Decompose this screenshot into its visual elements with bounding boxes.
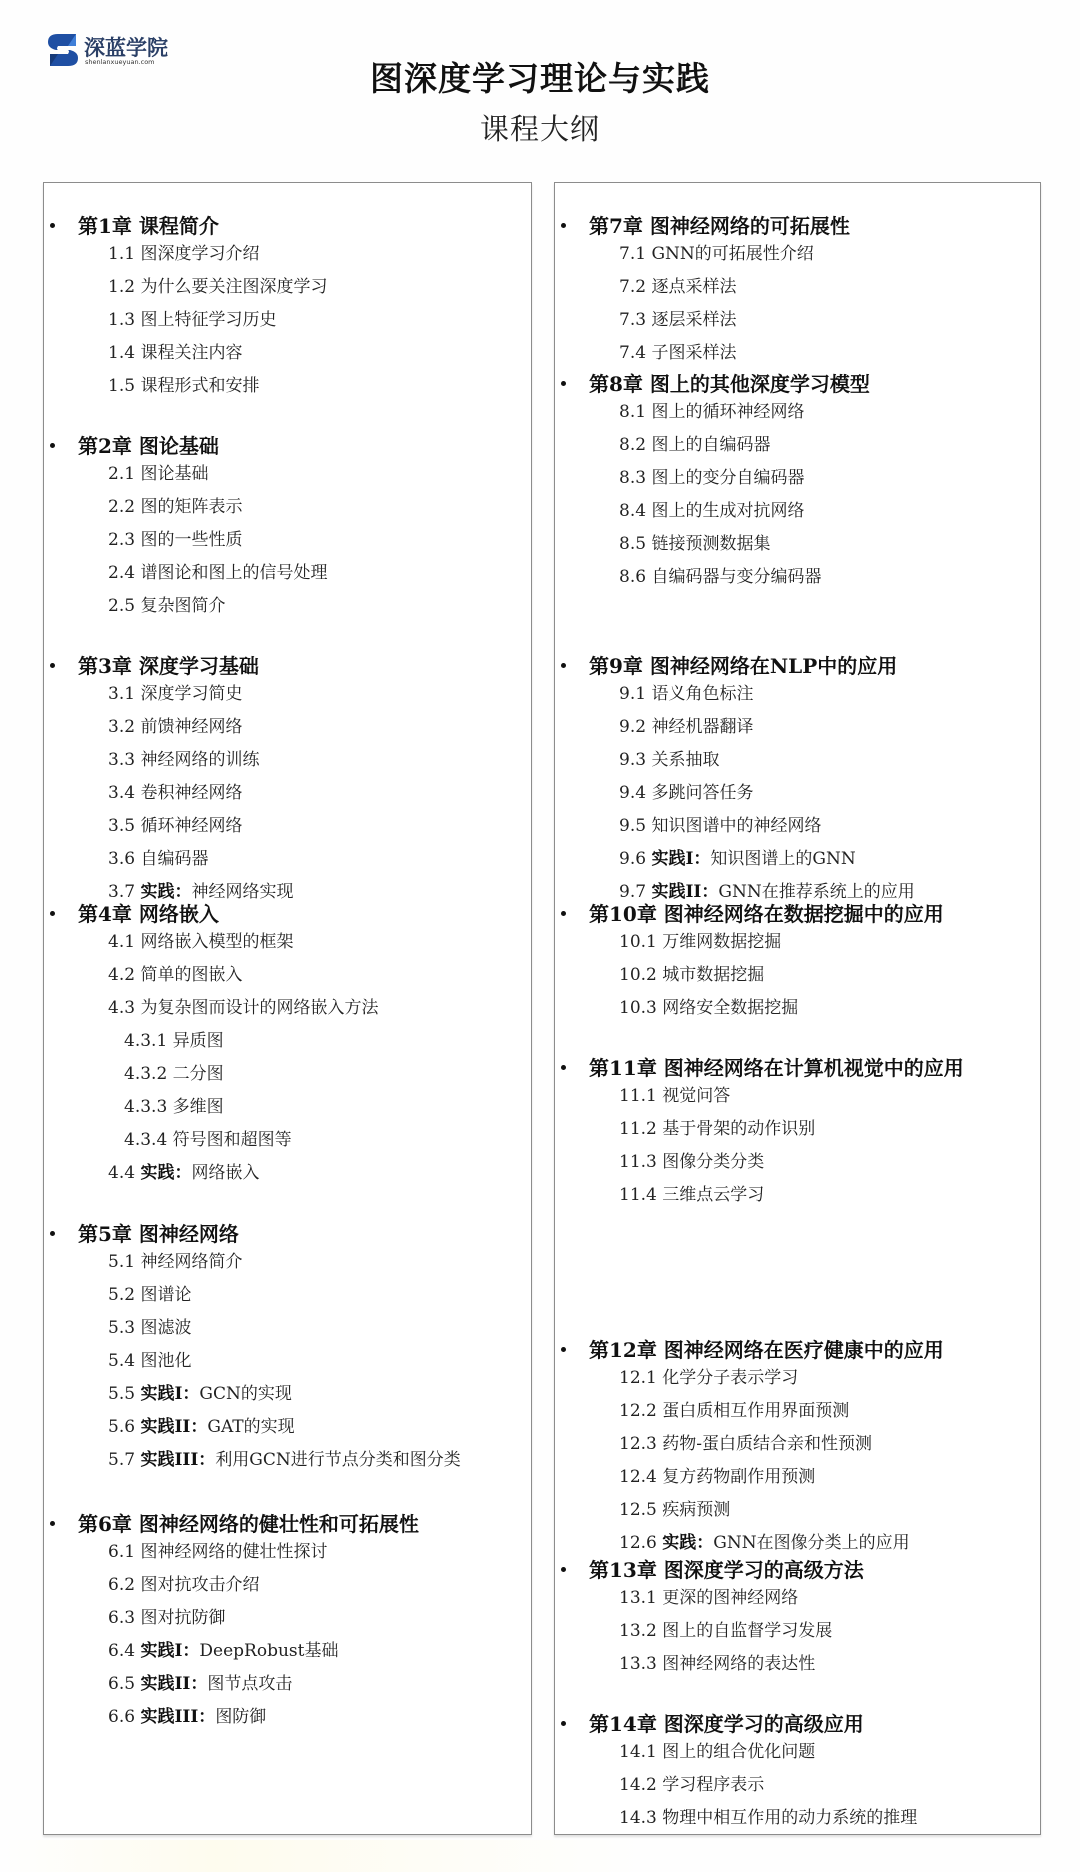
section-item: 1.1 图深度学习介绍 <box>108 242 259 266</box>
section-title: 网络安全数据挖掘 <box>662 998 798 1018</box>
section-item: 12.1 化学分子表示学习 <box>619 1366 798 1390</box>
section-title: 图论基础 <box>140 464 208 484</box>
chapter: 第4章 网络嵌入4.1 网络嵌入模型的框架4.2 简单的图嵌入4.3 为复杂图而… <box>44 899 531 929</box>
chapter-heading: 第11章 图神经网络在计算机视觉中的应用 <box>555 1053 1040 1083</box>
chapter-title: 第5章 图神经网络 <box>78 1219 239 1249</box>
section-number: 3.2 <box>108 717 135 737</box>
section-item: 9.6 实践I：知识图谱上的GNN <box>619 847 856 871</box>
section-number: 3.4 <box>108 783 135 803</box>
section-number: 8.6 <box>619 567 646 587</box>
bullet-icon <box>561 1567 566 1572</box>
section-number: 2.2 <box>108 497 135 517</box>
chapter-heading: 第13章 图深度学习的高级方法 <box>555 1555 1040 1585</box>
chapter-heading: 第7章 图神经网络的可拓展性 <box>555 211 1040 241</box>
chapter: 第6章 图神经网络的健壮性和可拓展性6.1 图神经网络的健壮性探讨6.2 图对抗… <box>44 1509 531 1539</box>
practice-label: 实践II： <box>140 1674 207 1694</box>
chapter-heading: 第10章 图神经网络在数据挖掘中的应用 <box>555 899 1040 929</box>
section-number: 2.5 <box>108 596 135 616</box>
section-number: 6.2 <box>108 1575 135 1595</box>
subsection-item: 4.3.1 异质图 <box>124 1029 224 1053</box>
section-number: 9.1 <box>619 684 646 704</box>
section-number: 4.4 <box>108 1163 135 1183</box>
section-number: 4.1 <box>108 932 135 952</box>
section-title: 图上的组合优化问题 <box>662 1742 815 1762</box>
section-item: 3.2 前馈神经网络 <box>108 715 242 739</box>
section-number: 12.2 <box>619 1401 657 1421</box>
section-title: 图池化 <box>140 1351 191 1371</box>
subsection-item: 4.3.4 符号图和超图等 <box>124 1128 292 1152</box>
section-item: 1.5 课程形式和安排 <box>108 374 259 398</box>
section-item: 7.1 GNN的可拓展性介绍 <box>619 242 814 266</box>
section-number: 8.1 <box>619 402 646 422</box>
section-title: 三维点云学习 <box>662 1185 764 1205</box>
section-item: 11.4 三维点云学习 <box>619 1183 764 1207</box>
section-number: 4.3.1 <box>124 1031 167 1051</box>
section-item: 12.6 实践：GNN在图像分类上的应用 <box>619 1531 910 1555</box>
section-item: 10.3 网络安全数据挖掘 <box>619 996 798 1020</box>
section-item: 3.3 神经网络的训练 <box>108 748 259 772</box>
section-number: 14.2 <box>619 1775 657 1795</box>
section-item: 3.5 循环神经网络 <box>108 814 242 838</box>
section-title: 逐点采样法 <box>651 277 736 297</box>
section-number: 6.6 <box>108 1707 135 1727</box>
section-title: 图的矩阵表示 <box>140 497 242 517</box>
chapter-title: 第2章 图论基础 <box>78 431 219 461</box>
section-number: 13.1 <box>619 1588 657 1608</box>
chapter-title: 第9章 图神经网络在NLP中的应用 <box>589 651 897 681</box>
section-title: 物理中相互作用的动力系统的推理 <box>662 1808 917 1828</box>
section-item: 9.4 多跳问答任务 <box>619 781 753 805</box>
section-number: 2.1 <box>108 464 135 484</box>
section-number: 12.6 <box>619 1533 657 1553</box>
section-title: 复方药物副作用预测 <box>662 1467 815 1487</box>
bullet-icon <box>561 1065 566 1070</box>
bullet-icon <box>50 1231 55 1236</box>
section-title: 图滤波 <box>140 1318 191 1338</box>
section-item: 2.5 复杂图简介 <box>108 594 225 618</box>
section-number: 12.1 <box>619 1368 657 1388</box>
section-number: 2.3 <box>108 530 135 550</box>
section-item: 12.2 蛋白质相互作用界面预测 <box>619 1399 849 1423</box>
section-number: 6.1 <box>108 1542 135 1562</box>
section-item: 3.1 深度学习简史 <box>108 682 242 706</box>
section-item: 6.1 图神经网络的健壮性探讨 <box>108 1540 327 1564</box>
section-title: DeepRobust基础 <box>199 1641 338 1661</box>
section-item: 14.3 物理中相互作用的动力系统的推理 <box>619 1806 917 1830</box>
section-title: 基于骨架的动作识别 <box>662 1119 815 1139</box>
section-item: 6.5 实践II：图节点攻击 <box>108 1672 292 1696</box>
section-title: 自编码器 <box>140 849 208 869</box>
section-title: 谱图论和图上的信号处理 <box>140 563 327 583</box>
section-title: 符号图和超图等 <box>173 1130 292 1150</box>
section-number: 12.3 <box>619 1434 657 1454</box>
section-number: 6.5 <box>108 1674 135 1694</box>
chapter-heading: 第2章 图论基础 <box>44 431 531 461</box>
section-item: 6.6 实践III：图防御 <box>108 1705 266 1729</box>
section-title: 学习程序表示 <box>662 1775 764 1795</box>
section-item: 7.4 子图采样法 <box>619 341 736 365</box>
background-tint <box>0 1840 1080 1872</box>
section-item: 11.1 视觉问答 <box>619 1084 730 1108</box>
section-number: 7.1 <box>619 244 646 264</box>
section-title: 子图采样法 <box>651 343 736 363</box>
section-item: 4.4 实践：网络嵌入 <box>108 1161 259 1185</box>
section-item: 5.2 图谱论 <box>108 1283 191 1307</box>
chapter-heading: 第12章 图神经网络在医疗健康中的应用 <box>555 1335 1040 1365</box>
chapter-heading: 第6章 图神经网络的健壮性和可拓展性 <box>44 1509 531 1539</box>
chapter-title: 第13章 图深度学习的高级方法 <box>589 1555 864 1585</box>
section-title: 图对抗攻击介绍 <box>140 1575 259 1595</box>
section-number: 10.3 <box>619 998 657 1018</box>
section-number: 13.2 <box>619 1621 657 1641</box>
section-number: 3.5 <box>108 816 135 836</box>
practice-label: 实践III： <box>140 1450 215 1470</box>
section-title: 图上的自编码器 <box>651 435 770 455</box>
section-number: 4.2 <box>108 965 135 985</box>
section-number: 10.1 <box>619 932 657 952</box>
section-item: 5.3 图滤波 <box>108 1316 191 1340</box>
section-title: 图神经网络的健壮性探讨 <box>140 1542 327 1562</box>
section-number: 2.4 <box>108 563 135 583</box>
section-number: 4.3.3 <box>124 1097 167 1117</box>
section-item: 2.1 图论基础 <box>108 462 208 486</box>
section-item: 10.2 城市数据挖掘 <box>619 963 764 987</box>
section-item: 9.3 关系抽取 <box>619 748 719 772</box>
section-item: 5.7 实践III：利用GCN进行节点分类和图分类 <box>108 1448 461 1472</box>
section-number: 1.4 <box>108 343 135 363</box>
outline-panel-left: 第1章 课程简介1.1 图深度学习介绍1.2 为什么要关注图深度学习1.3 图上… <box>43 182 532 1835</box>
section-title: 图像分类分类 <box>662 1152 764 1172</box>
chapter-title: 第11章 图神经网络在计算机视觉中的应用 <box>589 1053 964 1083</box>
chapter-heading: 第14章 图深度学习的高级应用 <box>555 1709 1040 1739</box>
section-title: 图防御 <box>215 1707 266 1727</box>
section-title: 图对抗防御 <box>140 1608 225 1628</box>
chapter-title: 第14章 图深度学习的高级应用 <box>589 1709 864 1739</box>
chapter-heading: 第9章 图神经网络在NLP中的应用 <box>555 651 1040 681</box>
chapter: 第8章 图上的其他深度学习模型8.1 图上的循环神经网络8.2 图上的自编码器8… <box>555 369 1040 399</box>
section-title: 自编码器与变分编码器 <box>651 567 821 587</box>
section-title: 网络嵌入模型的框架 <box>140 932 293 952</box>
section-number: 10.2 <box>619 965 657 985</box>
chapter-heading: 第8章 图上的其他深度学习模型 <box>555 369 1040 399</box>
section-number: 5.3 <box>108 1318 135 1338</box>
chapter: 第11章 图神经网络在计算机视觉中的应用11.1 视觉问答11.2 基于骨架的动… <box>555 1053 1040 1083</box>
chapter-heading: 第5章 图神经网络 <box>44 1219 531 1249</box>
bullet-icon <box>50 663 55 668</box>
chapter: 第14章 图深度学习的高级应用14.1 图上的组合优化问题14.2 学习程序表示… <box>555 1709 1040 1739</box>
section-item: 14.1 图上的组合优化问题 <box>619 1740 815 1764</box>
section-item: 8.4 图上的生成对抗网络 <box>619 499 804 523</box>
section-title: 图节点攻击 <box>207 1674 292 1694</box>
section-title: 链接预测数据集 <box>651 534 770 554</box>
section-number: 5.2 <box>108 1285 135 1305</box>
section-item: 4.1 网络嵌入模型的框架 <box>108 930 293 954</box>
section-title: 图的一些性质 <box>140 530 242 550</box>
chapter: 第10章 图神经网络在数据挖掘中的应用10.1 万维网数据挖掘10.2 城市数据… <box>555 899 1040 929</box>
section-item: 2.2 图的矩阵表示 <box>108 495 242 519</box>
section-number: 9.5 <box>619 816 646 836</box>
section-item: 5.1 神经网络简介 <box>108 1250 242 1274</box>
section-title: 图上的生成对抗网络 <box>651 501 804 521</box>
practice-label: 实践III： <box>140 1707 215 1727</box>
section-item: 8.3 图上的变分自编码器 <box>619 466 804 490</box>
bullet-icon <box>50 1521 55 1526</box>
chapter: 第13章 图深度学习的高级方法13.1 更深的图神经网络13.2 图上的自监督学… <box>555 1555 1040 1585</box>
section-title: GNN在图像分类上的应用 <box>713 1533 909 1553</box>
section-title: 课程形式和安排 <box>140 376 259 396</box>
section-item: 1.4 课程关注内容 <box>108 341 242 365</box>
bullet-icon <box>50 911 55 916</box>
section-title: 图上的自监督学习发展 <box>662 1621 832 1641</box>
bullet-icon <box>50 443 55 448</box>
section-item: 10.1 万维网数据挖掘 <box>619 930 781 954</box>
section-number: 14.3 <box>619 1808 657 1828</box>
section-number: 7.3 <box>619 310 646 330</box>
chapter-title: 第1章 课程简介 <box>78 211 219 241</box>
page-title: 图深度学习理论与实践 <box>0 53 1080 100</box>
section-item: 12.5 疾病预测 <box>619 1498 730 1522</box>
section-item: 11.3 图像分类分类 <box>619 1150 764 1174</box>
section-number: 8.3 <box>619 468 646 488</box>
bullet-icon <box>561 1347 566 1352</box>
practice-label: 实践： <box>662 1533 713 1553</box>
section-title: GCN的实现 <box>199 1384 291 1404</box>
section-number: 3.6 <box>108 849 135 869</box>
section-item: 6.2 图对抗攻击介绍 <box>108 1573 259 1597</box>
practice-label: 实践I： <box>140 1641 199 1661</box>
chapter-heading: 第4章 网络嵌入 <box>44 899 531 929</box>
section-title: 更深的图神经网络 <box>662 1588 798 1608</box>
section-item: 8.1 图上的循环神经网络 <box>619 400 804 424</box>
section-title: 循环神经网络 <box>140 816 242 836</box>
section-item: 2.4 谱图论和图上的信号处理 <box>108 561 327 585</box>
chapter-title: 第4章 网络嵌入 <box>78 899 219 929</box>
bullet-icon <box>561 1721 566 1726</box>
section-number: 11.1 <box>619 1086 657 1106</box>
bullet-icon <box>561 911 566 916</box>
section-item: 3.4 卷积神经网络 <box>108 781 242 805</box>
section-title: 图上的循环神经网络 <box>651 402 804 422</box>
section-item: 7.3 逐层采样法 <box>619 308 736 332</box>
section-title: 知识图谱中的神经网络 <box>651 816 821 836</box>
section-title: 逐层采样法 <box>651 310 736 330</box>
section-number: 11.2 <box>619 1119 657 1139</box>
section-title: 二分图 <box>173 1064 224 1084</box>
section-title: 万维网数据挖掘 <box>662 932 781 952</box>
section-title: 多维图 <box>173 1097 224 1117</box>
section-number: 4.3.2 <box>124 1064 167 1084</box>
section-number: 5.6 <box>108 1417 135 1437</box>
chapter: 第12章 图神经网络在医疗健康中的应用12.1 化学分子表示学习12.2 蛋白质… <box>555 1335 1040 1365</box>
section-item: 13.3 图神经网络的表达性 <box>619 1652 815 1676</box>
section-item: 4.2 简单的图嵌入 <box>108 963 242 987</box>
section-number: 9.3 <box>619 750 646 770</box>
section-title: 异质图 <box>173 1031 224 1051</box>
section-item: 1.2 为什么要关注图深度学习 <box>108 275 327 299</box>
chapter: 第5章 图神经网络5.1 神经网络简介5.2 图谱论5.3 图滤波5.4 图池化… <box>44 1219 531 1249</box>
chapter: 第7章 图神经网络的可拓展性7.1 GNN的可拓展性介绍7.2 逐点采样法7.3… <box>555 211 1040 241</box>
section-number: 8.2 <box>619 435 646 455</box>
section-item: 13.1 更深的图神经网络 <box>619 1586 798 1610</box>
chapter-heading: 第1章 课程简介 <box>44 211 531 241</box>
section-number: 9.4 <box>619 783 646 803</box>
section-item: 8.2 图上的自编码器 <box>619 433 770 457</box>
chapter-heading: 第3章 深度学习基础 <box>44 651 531 681</box>
section-title: 前馈神经网络 <box>140 717 242 737</box>
section-number: 3.3 <box>108 750 135 770</box>
section-item: 4.3 为复杂图而设计的网络嵌入方法 <box>108 996 378 1020</box>
section-title: 为什么要关注图深度学习 <box>140 277 327 297</box>
section-item: 7.2 逐点采样法 <box>619 275 736 299</box>
section-title: GNN的可拓展性介绍 <box>651 244 813 264</box>
section-number: 8.4 <box>619 501 646 521</box>
practice-label: 实践： <box>140 1163 191 1183</box>
section-number: 5.7 <box>108 1450 135 1470</box>
bullet-icon <box>561 223 566 228</box>
section-title: 多跳问答任务 <box>651 783 753 803</box>
chapter-title: 第10章 图神经网络在数据挖掘中的应用 <box>589 899 944 929</box>
section-number: 1.2 <box>108 277 135 297</box>
section-number: 9.2 <box>619 717 646 737</box>
section-number: 5.4 <box>108 1351 135 1371</box>
section-number: 5.5 <box>108 1384 135 1404</box>
section-item: 9.2 神经机器翻译 <box>619 715 753 739</box>
section-number: 6.4 <box>108 1641 135 1661</box>
section-title: 图上的变分自编码器 <box>651 468 804 488</box>
section-title: 蛋白质相互作用界面预测 <box>662 1401 849 1421</box>
section-item: 12.3 药物-蛋白质结合亲和性预测 <box>619 1432 872 1456</box>
section-item: 11.2 基于骨架的动作识别 <box>619 1117 815 1141</box>
section-title: 关系抽取 <box>651 750 719 770</box>
section-item: 3.6 自编码器 <box>108 847 208 871</box>
section-title: 图上特征学习历史 <box>140 310 276 330</box>
section-title: 复杂图简介 <box>140 596 225 616</box>
section-item: 9.1 语义角色标注 <box>619 682 753 706</box>
section-number: 13.3 <box>619 1654 657 1674</box>
section-number: 11.4 <box>619 1185 657 1205</box>
section-number: 11.3 <box>619 1152 657 1172</box>
section-item: 1.3 图上特征学习历史 <box>108 308 276 332</box>
section-number: 8.5 <box>619 534 646 554</box>
section-number: 9.6 <box>619 849 646 869</box>
chapter-title: 第12章 图神经网络在医疗健康中的应用 <box>589 1335 944 1365</box>
section-item: 5.6 实践II：GAT的实现 <box>108 1415 295 1439</box>
section-item: 8.6 自编码器与变分编码器 <box>619 565 821 589</box>
chapter-title: 第3章 深度学习基础 <box>78 651 259 681</box>
practice-label: 实践I： <box>651 849 710 869</box>
section-title: 课程关注内容 <box>140 343 242 363</box>
chapter: 第1章 课程简介1.1 图深度学习介绍1.2 为什么要关注图深度学习1.3 图上… <box>44 211 531 241</box>
section-number: 1.1 <box>108 244 135 264</box>
chapter-title: 第8章 图上的其他深度学习模型 <box>589 369 870 399</box>
section-title: 网络嵌入 <box>191 1163 259 1183</box>
page-subtitle: 课程大纲 <box>0 107 1080 148</box>
section-item: 6.4 实践I：DeepRobust基础 <box>108 1639 338 1663</box>
section-number: 7.4 <box>619 343 646 363</box>
chapter: 第3章 深度学习基础3.1 深度学习简史3.2 前馈神经网络3.3 神经网络的训… <box>44 651 531 681</box>
section-number: 12.4 <box>619 1467 657 1487</box>
section-item: 2.3 图的一些性质 <box>108 528 242 552</box>
section-title: 神经网络简介 <box>140 1252 242 1272</box>
section-item: 9.5 知识图谱中的神经网络 <box>619 814 821 838</box>
section-item: 5.4 图池化 <box>108 1349 191 1373</box>
section-number: 5.1 <box>108 1252 135 1272</box>
section-number: 1.5 <box>108 376 135 396</box>
section-title: 疾病预测 <box>662 1500 730 1520</box>
section-title: 化学分子表示学习 <box>662 1368 798 1388</box>
section-number: 14.1 <box>619 1742 657 1762</box>
section-title: 药物-蛋白质结合亲和性预测 <box>662 1434 872 1454</box>
section-title: 为复杂图而设计的网络嵌入方法 <box>140 998 378 1018</box>
subsection-item: 4.3.2 二分图 <box>124 1062 224 1086</box>
section-title: 图神经网络的表达性 <box>662 1654 815 1674</box>
section-number: 3.1 <box>108 684 135 704</box>
section-title: 深度学习简史 <box>140 684 242 704</box>
chapter-title: 第7章 图神经网络的可拓展性 <box>589 211 850 241</box>
bullet-icon <box>561 663 566 668</box>
section-item: 12.4 复方药物副作用预测 <box>619 1465 815 1489</box>
section-title: 视觉问答 <box>662 1086 730 1106</box>
section-title: 神经网络的训练 <box>140 750 259 770</box>
section-number: 7.2 <box>619 277 646 297</box>
section-number: 6.3 <box>108 1608 135 1628</box>
section-title: 图深度学习介绍 <box>140 244 259 264</box>
chapter: 第9章 图神经网络在NLP中的应用9.1 语义角色标注9.2 神经机器翻译9.3… <box>555 651 1040 681</box>
section-number: 4.3 <box>108 998 135 1018</box>
section-item: 13.2 图上的自监督学习发展 <box>619 1619 832 1643</box>
section-item: 5.5 实践I：GCN的实现 <box>108 1382 292 1406</box>
bullet-icon <box>561 381 566 386</box>
practice-label: 实践II： <box>140 1417 207 1437</box>
section-number: 12.5 <box>619 1500 657 1520</box>
section-title: 简单的图嵌入 <box>140 965 242 985</box>
section-title: 知识图谱上的GNN <box>710 849 855 869</box>
section-title: 图谱论 <box>140 1285 191 1305</box>
bullet-icon <box>50 223 55 228</box>
chapter-title: 第6章 图神经网络的健壮性和可拓展性 <box>78 1509 419 1539</box>
subsection-item: 4.3.3 多维图 <box>124 1095 224 1119</box>
section-item: 6.3 图对抗防御 <box>108 1606 225 1630</box>
section-title: 利用GCN进行节点分类和图分类 <box>215 1450 460 1470</box>
chapter: 第2章 图论基础2.1 图论基础2.2 图的矩阵表示2.3 图的一些性质2.4 … <box>44 431 531 461</box>
section-number: 4.3.4 <box>124 1130 167 1150</box>
section-title: 语义角色标注 <box>651 684 753 704</box>
outline-panel-right: 第7章 图神经网络的可拓展性7.1 GNN的可拓展性介绍7.2 逐点采样法7.3… <box>554 182 1041 1835</box>
section-title: 卷积神经网络 <box>140 783 242 803</box>
section-title: 城市数据挖掘 <box>662 965 764 985</box>
section-number: 1.3 <box>108 310 135 330</box>
section-item: 14.2 学习程序表示 <box>619 1773 764 1797</box>
section-title: 神经机器翻译 <box>651 717 753 737</box>
section-item: 8.5 链接预测数据集 <box>619 532 770 556</box>
section-title: GAT的实现 <box>207 1417 294 1437</box>
practice-label: 实践I： <box>140 1384 199 1404</box>
